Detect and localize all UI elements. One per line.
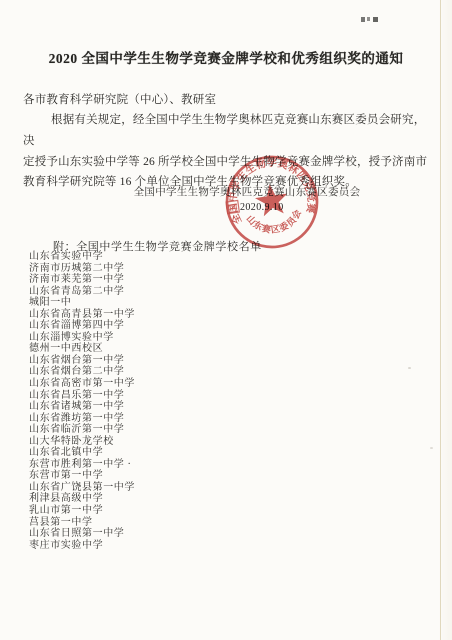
school-list-item: 山东省潍坊第一中学	[29, 413, 289, 425]
school-list-item: 山东省烟台第一中学	[29, 355, 289, 367]
school-list-item: 德州一中西校区	[29, 343, 289, 355]
school-list-item: 城阳一中	[29, 297, 289, 309]
school-list-item: 山东淄博实验中学	[29, 332, 289, 344]
gold-medal-school-list: 山东省实验中学济南市历城第二中学济南市莱芜第一中学山东省青岛第二中学城阳一中山东…	[29, 251, 289, 551]
school-list-item: 山东省实验中学	[29, 251, 289, 263]
school-list-item: 山东省临沂第一中学	[29, 424, 289, 436]
scan-edge-line	[440, 0, 441, 640]
school-list-item: 山东省日照第一中学	[29, 528, 289, 540]
school-list-item: 枣庄市实验中学	[29, 540, 289, 552]
notice-title: 2020 全国中学生生物学竞赛金牌学校和优秀组织奖的通知	[0, 47, 452, 67]
issuer-signature: 全国中学生生物学奥林匹克竞赛山东赛区委员会	[42, 184, 452, 199]
school-list-item: 山大华特卧龙学校	[29, 436, 289, 448]
school-list-item: 山东省烟台第二中学	[29, 366, 289, 378]
issue-date: 2020.9.10	[240, 202, 284, 213]
school-list-item: 莒县第一中学	[29, 517, 289, 529]
seal-code-box	[226, 200, 239, 213]
school-list-item: 济南市莱芜第一中学	[29, 274, 289, 286]
body-line: 根据有关规定，经全国中学生生物学奥林匹克竞赛山东赛区委员会研究，决	[23, 110, 437, 152]
school-list-item: 山东省青岛第二中学	[29, 286, 289, 298]
school-list-item: 山东省高密市第一中学	[29, 378, 289, 390]
school-list-item: 山东省诸城第一中学	[29, 401, 289, 413]
school-list-item: 东营市胜利第一中学 ·	[29, 459, 289, 471]
school-list-item: 山东省昌乐第一中学	[29, 390, 289, 402]
notice-body: 根据有关规定，经全国中学生生物学奥林匹克竞赛山东赛区委员会研究，决定授予山东实验…	[23, 110, 437, 193]
scanned-notice-page: 2020 全国中学生生物学竞赛金牌学校和优秀组织奖的通知 各市教育科学研究院（中…	[0, 0, 452, 640]
school-list-item: 乳山市第一中学	[29, 505, 289, 517]
school-list-item: 山东省高青县第一中学	[29, 309, 289, 321]
school-list-item: 济南市历城第二中学	[29, 263, 289, 275]
school-list-item: 山东省淄博第四中学	[29, 320, 289, 332]
salutation-line: 各市教育科学研究院（中心）、教研室	[23, 91, 216, 107]
school-list-item: 利津县高级中学	[29, 493, 289, 505]
scan-artifact-marks	[361, 17, 383, 23]
scan-speck	[430, 447, 433, 449]
school-list-item: 山东省广饶县第一中学	[29, 482, 289, 494]
school-list-item: 山东省北镇中学	[29, 447, 289, 459]
scan-speck	[408, 367, 411, 369]
body-line: 定授予山东实验中学等 26 所学校全国中学生生物学竞赛金牌学校，授予济南市	[23, 152, 437, 173]
school-list-item: 东营市第一中学	[29, 470, 289, 482]
